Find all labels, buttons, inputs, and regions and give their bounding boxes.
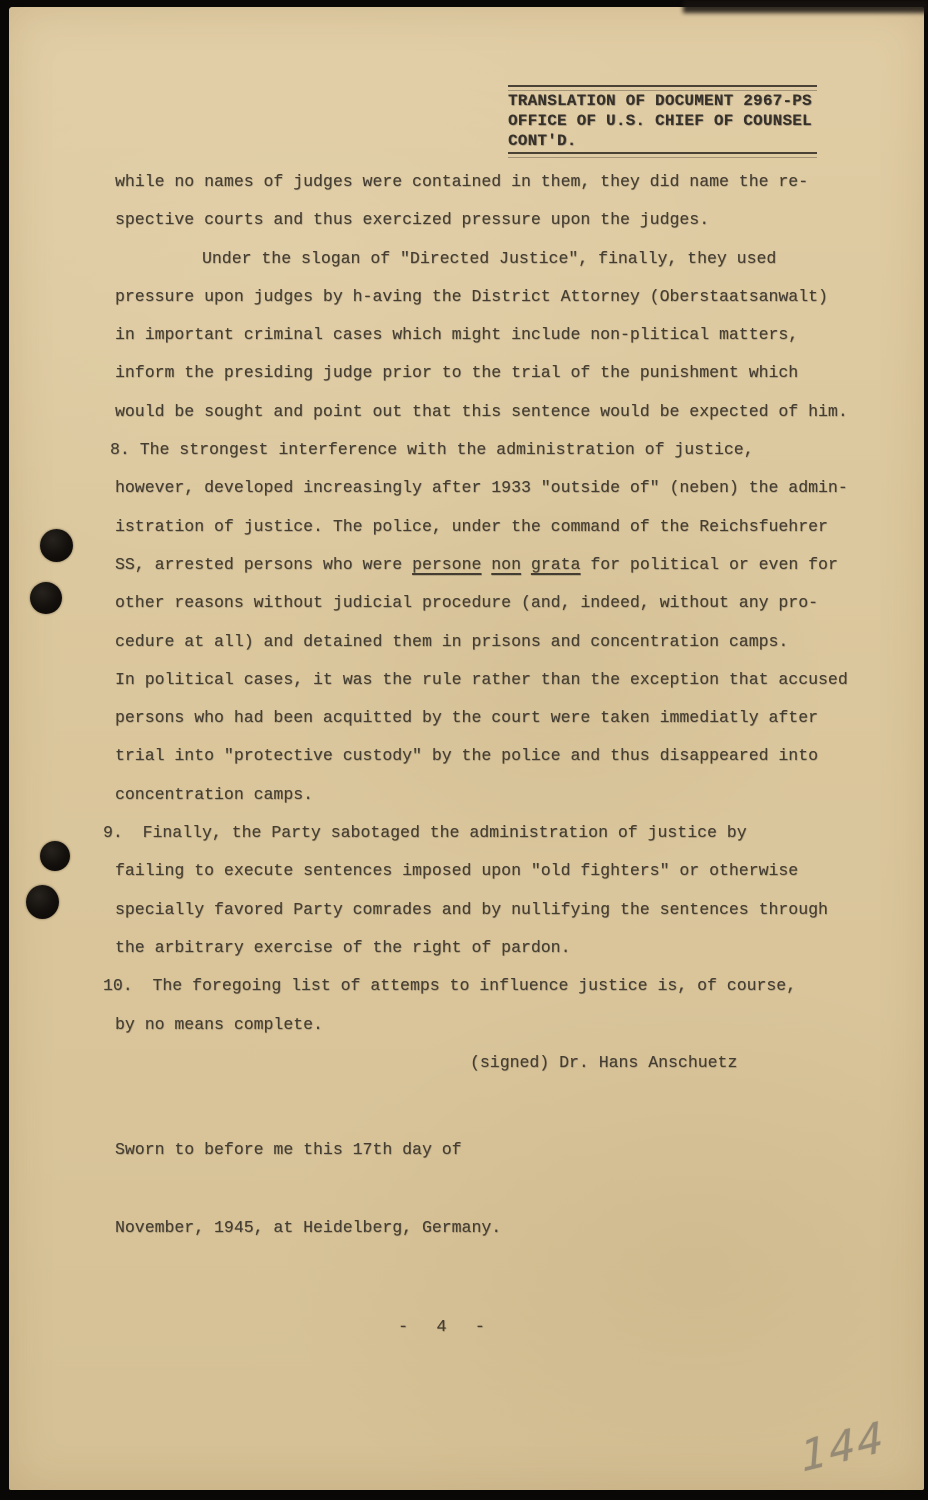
header-contd-line: CONT'D. [508,131,817,151]
typed-line: In political cases, it was the rule rath… [115,661,885,699]
text-segment: specially favored Party comrades and by … [115,900,828,919]
typed-line: SS, arrested persons who were persone no… [115,546,885,584]
typed-line: 8. The strongest interference with the a… [110,431,885,469]
typed-line: by no means complete. [115,1006,885,1044]
punch-hole [30,582,62,614]
typed-line: pressure upon judges by h-aving the Dist… [115,278,885,316]
typed-line: while no names of judges were contained … [115,163,885,201]
punch-hole [40,529,73,562]
underlined-phrase: grata [531,555,581,574]
text-segment: the arbitrary exercise of the right of p… [115,938,570,957]
underlined-phrase: persone [412,555,481,574]
text-segment: istration of justice. The police, under … [115,517,828,536]
typed-line: inform the presiding judge prior to the … [115,354,885,392]
typed-line: cedure at all) and detained them in pris… [115,623,885,661]
text-segment: failing to execute sentences imposed upo… [115,861,798,880]
typed-line: 10. The foregoing list of attemps to inf… [103,967,885,1005]
text-segment: inform the presiding judge prior to the … [115,363,798,382]
text-segment: would be sought and point out that this … [115,402,848,421]
document-body: while no names of judges were contained … [115,163,885,1082]
typed-line: Under the slogan of "Directed Justice", … [202,240,885,278]
underlined-phrase: non [491,555,521,574]
typed-line: specially favored Party comrades and by … [115,891,885,929]
sworn-line: Sworn to before me this 17th day of [115,1137,501,1163]
typed-line: in important criminal cases which might … [115,316,885,354]
typed-line: spective courts and thus exercized press… [115,201,885,239]
text-segment: (signed) Dr. Hans Anschuetz [470,1053,737,1072]
punch-hole [26,885,59,919]
typed-line: persons who had been acquitted by the co… [115,699,885,737]
text-segment: spective courts and thus exercized press… [115,210,709,229]
text-segment: SS, arrested persons who were [115,555,412,574]
text-segment: in important criminal cases which might … [115,325,798,344]
text-segment: trial into "protective custody" by the p… [115,746,818,765]
text-segment: other reasons without judicial procedure… [115,593,818,612]
header-office-line: OFFICE OF U.S. CHIEF OF COUNSEL [508,111,817,131]
text-segment: 10. The foregoing list of attemps to inf… [103,976,796,995]
text-segment [521,555,531,574]
text-segment: cedure at all) and detained them in pris… [115,632,788,651]
header-title-line: TRANSLATION OF DOCUMENT 2967-PS [508,91,817,111]
text-segment: concentration camps. [115,785,313,804]
text-segment: pressure upon judges by h-aving the Dist… [115,287,828,306]
typed-line: 9. Finally, the Party sabotaged the admi… [103,814,885,852]
text-segment: Under the slogan of "Directed Justice", … [202,249,776,268]
text-segment: 9. Finally, the Party sabotaged the admi… [103,823,747,842]
typed-line: istration of justice. The police, under … [115,508,885,546]
text-segment [481,555,491,574]
typed-line: would be sought and point out that this … [115,393,885,431]
typed-line: however, developed increasingly after 19… [115,469,885,507]
text-segment: however, developed increasingly after 19… [115,478,848,497]
text-segment: for political or even for [580,555,837,574]
sworn-line: November, 1945, at Heidelberg, Germany. [115,1215,501,1241]
typed-line: (signed) Dr. Hans Anschuetz [470,1044,885,1082]
scan-edge-shadow [683,0,928,13]
typed-line: the arbitrary exercise of the right of p… [115,929,885,967]
text-segment: persons who had been acquitted by the co… [115,708,818,727]
header-underline [508,152,817,158]
scanned-document-page: TRANSLATION OF DOCUMENT 2967-PS OFFICE O… [0,0,928,1500]
text-segment: 8. The strongest interference with the a… [110,440,754,459]
text-segment: In political cases, it was the rule rath… [115,670,848,689]
document-header: TRANSLATION OF DOCUMENT 2967-PS OFFICE O… [508,85,817,158]
page-number: - 4 - [398,1318,494,1337]
punch-hole [40,841,70,871]
sworn-statement: Sworn to before me this 17th day of Nove… [115,1085,501,1293]
typed-line: other reasons without judicial procedure… [115,584,885,622]
text-segment: by no means complete. [115,1015,323,1034]
typed-line: failing to execute sentences imposed upo… [115,852,885,890]
typed-line: trial into "protective custody" by the p… [115,737,885,775]
text-segment: while no names of judges were contained … [115,172,808,191]
typed-line: concentration camps. [115,776,885,814]
